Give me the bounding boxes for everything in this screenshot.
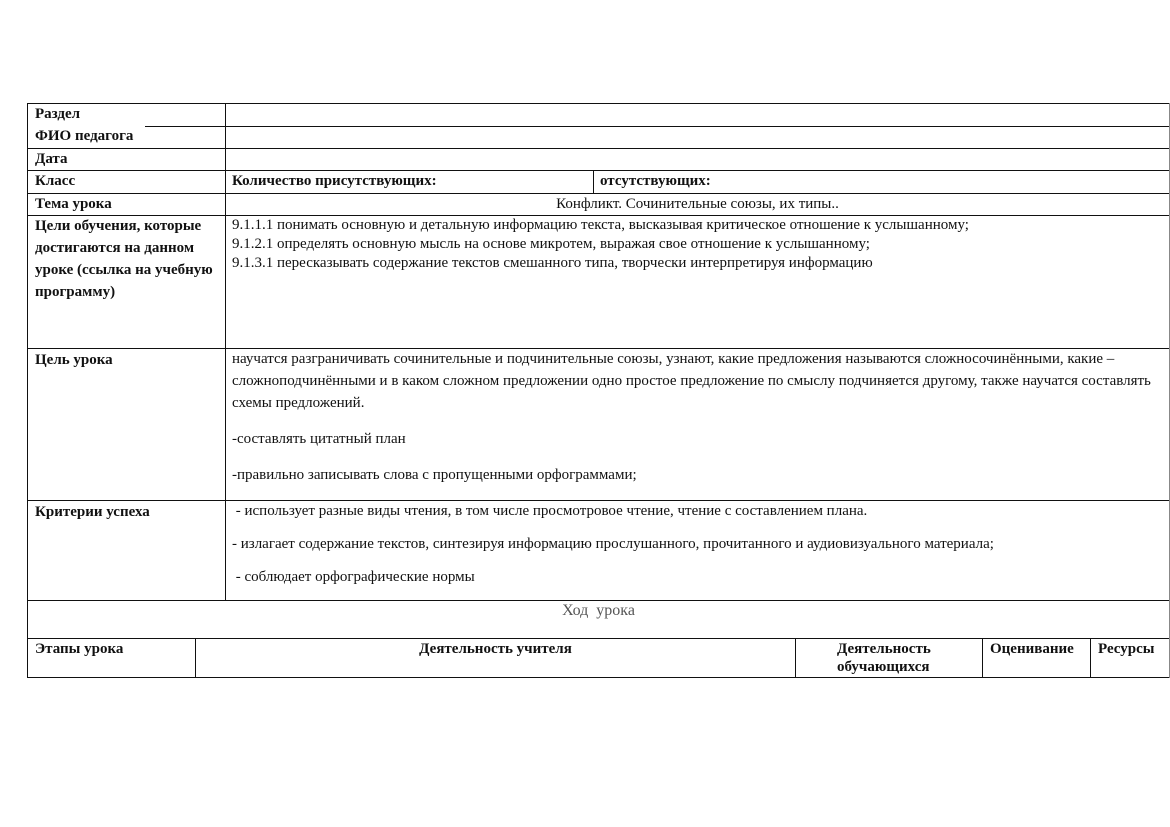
table-border — [27, 103, 1170, 104]
column-student-activity: Деятельность обучающихся — [837, 640, 957, 676]
objective-item: 9.1.2.1 определять основную мысль на осн… — [232, 235, 969, 254]
criteria-label: Критерии успеха — [35, 503, 150, 521]
lesson-goal-paragraph: -составлять цитатный план — [232, 428, 1167, 450]
table-border — [27, 677, 1170, 678]
table-border — [27, 638, 1170, 639]
criteria-item: - использует разные виды чтения, в том ч… — [232, 500, 1167, 522]
column-assessment: Оценивание — [990, 640, 1074, 658]
topic-label: Тема урока — [35, 195, 112, 213]
column-resources: Ресурсы — [1098, 640, 1154, 658]
criteria-content: - использует разные виды чтения, в том ч… — [232, 500, 1167, 588]
table-border — [795, 638, 796, 677]
table-border — [27, 193, 1170, 194]
lesson-plan-page: Раздел ФИО педагога Дата Класс Количеств… — [0, 0, 1170, 827]
teacher-label: ФИО педагога — [35, 127, 133, 145]
absent-count-label: отсутствующих: — [600, 172, 711, 190]
progress-heading: Ход урока — [28, 602, 1169, 620]
table-border — [27, 600, 1170, 601]
lesson-goal-content: научатся разграничивать сочинительные и … — [232, 348, 1167, 486]
lesson-goal-paragraph: -правильно записывать слова с пропущенны… — [232, 464, 1167, 486]
criteria-item: - излагает содержание текстов, синтезиру… — [232, 533, 1167, 555]
objectives-label: Цели обучения, которые достигаются на да… — [35, 215, 215, 303]
table-border — [225, 103, 226, 600]
topic-value: Конфликт. Сочинительные союзы, их типы.. — [226, 195, 1169, 213]
objectives-list: 9.1.1.1 понимать основную и детальную ин… — [232, 216, 969, 273]
class-label: Класс — [35, 172, 75, 190]
objective-item: 9.1.1.1 понимать основную и детальную ин… — [232, 216, 969, 235]
teacher-field[interactable] — [232, 128, 1162, 147]
table-border — [27, 148, 1170, 149]
objective-item: 9.1.3.1 пересказывать содержание текстов… — [232, 254, 969, 273]
lesson-goal-paragraph: научатся разграничивать сочинительные и … — [232, 348, 1167, 414]
table-border — [145, 126, 1170, 127]
criteria-item: - соблюдает орфографические нормы — [232, 566, 1167, 588]
date-label: Дата — [35, 150, 67, 168]
date-field[interactable] — [232, 150, 1162, 169]
lesson-goal-label: Цель урока — [35, 351, 113, 369]
table-border — [593, 170, 594, 193]
table-border — [27, 170, 1170, 171]
column-teacher-activity: Деятельность учителя — [196, 640, 795, 658]
present-count-label: Количество присутствующих: — [232, 172, 437, 190]
section-field[interactable] — [232, 105, 1162, 125]
table-border — [27, 103, 28, 678]
column-stages: Этапы урока — [35, 640, 123, 658]
section-label: Раздел — [35, 105, 80, 123]
table-border — [982, 638, 983, 677]
table-border — [1090, 638, 1091, 677]
